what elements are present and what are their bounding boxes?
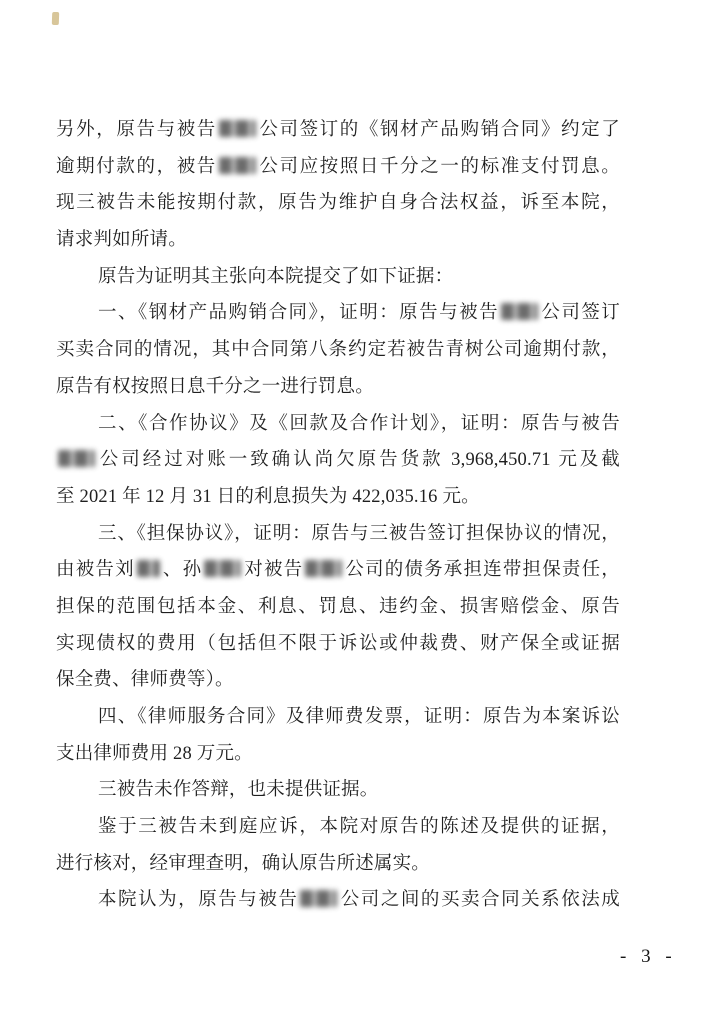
text-line: 担保的范围包括本金、利息、罚息、违约金、损害赔偿金、原告	[56, 589, 620, 626]
text-line: 保全费、律师费等）。	[56, 662, 620, 699]
text-line: 公司经过对账一致确认尚欠原告货款 3,968,450.71 元及截	[56, 442, 620, 479]
text-line: 支出律师费用 28 万元。	[56, 736, 620, 773]
text-run: 原告为证明其主张向本院提交了如下证据：	[98, 267, 453, 287]
redacted-text	[300, 890, 337, 907]
redacted-text	[501, 303, 538, 320]
text-run: 进行核对，经审理查明，确认原告所述属实。	[56, 854, 430, 874]
text-line: 至 2021 年 12 月 31 日的利息损失为 422,035.16 元。	[56, 479, 620, 516]
redacted-text	[305, 560, 342, 577]
text-line: 鉴于三被告未到庭应诉，本院对原告的陈述及提供的证据，	[56, 809, 620, 846]
text-line: 原告为证明其主张向本院提交了如下证据：	[56, 259, 620, 296]
text-line: 四、《律师服务合同》及律师费发票，证明：原告为本案诉讼	[56, 699, 620, 736]
text-run: 三被告未作答辩，也未提供证据。	[98, 780, 379, 800]
text-run: 公司的债务承担连带担保责任，	[344, 560, 620, 580]
text-line: 一、《钢材产品购销合同》，证明：原告与被告公司签订	[56, 295, 620, 332]
page-number: - 3 -	[620, 946, 677, 968]
text-line: 二、《合作协议》及《回款及合作计划》，证明：原告与被告	[56, 406, 620, 443]
text-line: 买卖合同的情况，其中合同第八条约定若被告青树公司逾期付款，	[56, 332, 620, 369]
text-line: 三被告未作答辩，也未提供证据。	[56, 772, 620, 809]
text-line: 实现债权的费用（包括但不限于诉讼或仲裁费、财产保全或证据	[56, 626, 620, 663]
redacted-text	[219, 120, 256, 137]
text-run: 本院认为，原告与被告	[98, 890, 298, 910]
text-run: 对被告	[243, 560, 303, 580]
text-run: 公司应按照日千分之一的标准支付罚息。	[258, 157, 620, 177]
text-line: 本院认为，原告与被告公司之间的买卖合同关系依法成	[56, 882, 620, 919]
text-run: 买卖合同的情况，其中合同第八条约定若被告青树公司逾期付款，	[56, 340, 620, 360]
redacted-text	[58, 450, 95, 467]
text-line: 三、《担保协议》，证明：原告与三被告签订担保协议的情况，	[56, 516, 620, 553]
document-body: 另外，原告与被告公司签订的《钢材产品购销合同》约定了逾期付款的，被告公司应按照日…	[56, 112, 620, 919]
text-run: 公司经过对账一致确认尚欠原告货款 3,968,450.71 元及截	[97, 450, 620, 470]
text-line: 逾期付款的，被告公司应按照日千分之一的标准支付罚息。	[56, 149, 620, 186]
text-run: 一、《钢材产品购销合同》，证明：原告与被告	[98, 303, 499, 323]
text-line: 请求判如所请。	[56, 222, 620, 259]
text-run: 二、《合作协议》及《回款及合作计划》，证明：原告与被告	[98, 414, 620, 434]
text-run: 公司签订	[540, 303, 620, 323]
text-run: 鉴于三被告未到庭应诉，本院对原告的陈述及提供的证据，	[98, 817, 620, 837]
redacted-text	[219, 157, 256, 174]
text-run: 担保的范围包括本金、利息、罚息、违约金、损害赔偿金、原告	[56, 597, 620, 617]
text-run: 保全费、律师费等）。	[56, 670, 234, 690]
text-run: 公司签订的《钢材产品购销合同》约定了	[258, 120, 620, 140]
text-run: 逾期付款的，被告	[56, 157, 217, 177]
text-run: 至 2021 年 12 月 31 日的利息损失为 422,035.16 元。	[56, 487, 480, 507]
text-line: 原告有权按照日息千分之一进行罚息。	[56, 369, 620, 406]
scan-artifact-smudge	[52, 12, 59, 25]
text-run: 请求判如所请。	[56, 230, 187, 250]
text-run: 原告有权按照日息千分之一进行罚息。	[56, 377, 374, 397]
text-line: 另外，原告与被告公司签订的《钢材产品购销合同》约定了	[56, 112, 620, 149]
text-run: 实现债权的费用（包括但不限于诉讼或仲裁费、财产保全或证据	[56, 634, 620, 654]
text-run: 四、《律师服务合同》及律师费发票，证明：原告为本案诉讼	[98, 707, 620, 727]
text-run: 另外，原告与被告	[56, 120, 217, 140]
text-line: 进行核对，经审理查明，确认原告所述属实。	[56, 846, 620, 883]
text-run: 三、《担保协议》，证明：原告与三被告签订担保协议的情况，	[98, 524, 620, 544]
text-run: 支出律师费用 28 万元。	[56, 744, 253, 764]
text-run: 公司之间的买卖合同关系依法成	[339, 890, 620, 910]
text-run: 由被告刘	[56, 560, 135, 580]
court-judgment-page: 另外，原告与被告公司签订的《钢材产品购销合同》约定了逾期付款的，被告公司应按照日…	[0, 0, 724, 1024]
redacted-text	[204, 560, 241, 577]
text-line: 由被告刘、孙对被告公司的债务承担连带担保责任，	[56, 552, 620, 589]
text-line: 现三被告未能按期付款，原告为维护自身合法权益，诉至本院，	[56, 185, 620, 222]
redacted-text	[137, 560, 160, 577]
text-run: 现三被告未能按期付款，原告为维护自身合法权益，诉至本院，	[56, 193, 620, 213]
text-run: 、孙	[162, 560, 202, 580]
